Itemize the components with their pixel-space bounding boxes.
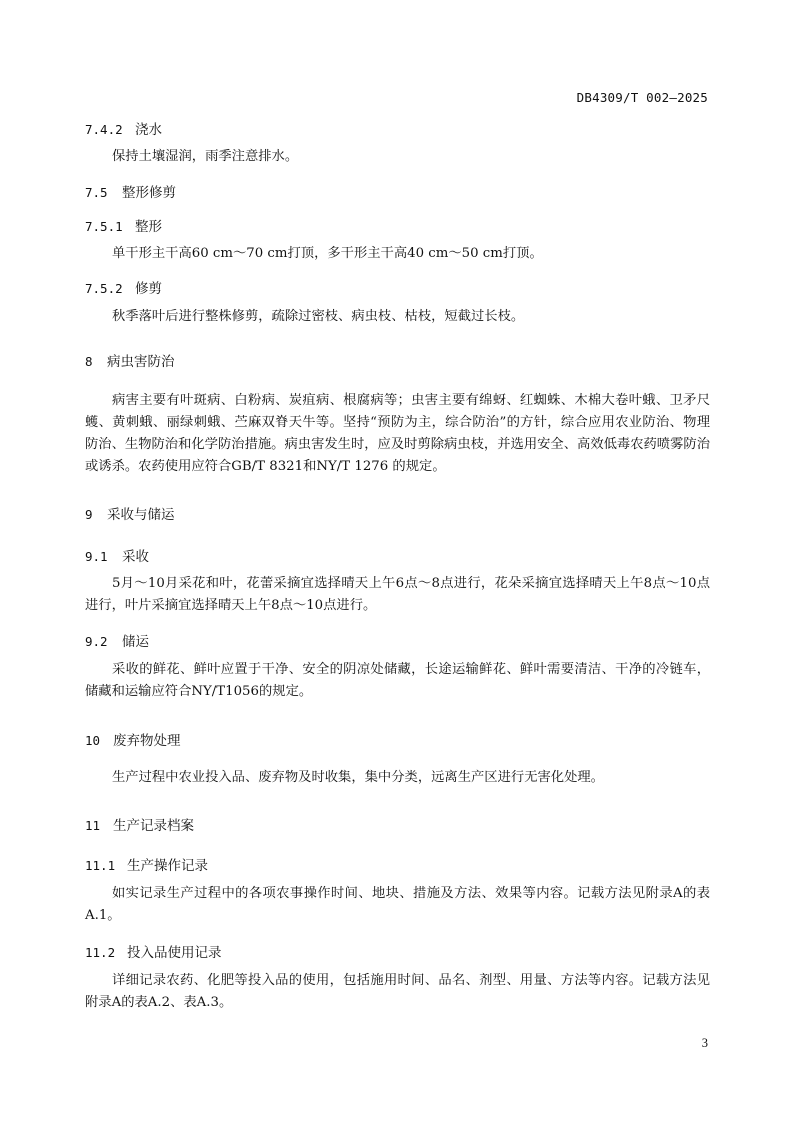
section-number: 7.5.1: [85, 219, 135, 234]
section-heading-7-5-1: 7.5.1整形: [85, 215, 162, 235]
section-title: 采收与储运: [107, 507, 175, 523]
section-heading-11-1: 11.1生产操作记录: [85, 854, 208, 874]
section-heading-9-2: 9.2储运: [85, 630, 149, 650]
paragraph-pest-control: 病害主要有叶斑病、白粉病、炭疽病、根腐病等；虫害主要有绵蚜、红蜘蛛、木棉大卷叶蛾…: [85, 390, 710, 478]
section-number: 9.1: [85, 549, 122, 564]
paragraph-pruning: 秋季落叶后进行整株修剪，疏除过密枝、病虫枝、枯枝，短截过长枝。: [85, 306, 710, 328]
paragraph-harvest: 5月～10月采花和叶，花蕾采摘宜选择晴天上午6点～8点进行，花朵采摘宜选择晴天上…: [85, 573, 710, 617]
section-title: 采收: [122, 549, 149, 565]
section-heading-7-5-2: 7.5.2修剪: [85, 277, 162, 297]
section-number: 11: [85, 818, 113, 833]
document-code: DB4309/T 002—2025: [577, 90, 708, 105]
section-number: 8: [85, 354, 107, 369]
section-title: 生产记录档案: [113, 818, 194, 834]
section-number: 9.2: [85, 634, 122, 649]
section-number: 7.5.2: [85, 281, 135, 296]
section-heading-9: 9采收与储运: [85, 503, 175, 523]
section-title: 整形修剪: [122, 185, 176, 201]
paragraph-storage: 采收的鲜花、鲜叶应置于干净、安全的阴凉处储藏，长途运输鲜花、鲜叶需要清洁、干净的…: [85, 659, 710, 703]
section-number: 9: [85, 507, 107, 522]
section-number: 7.4.2: [85, 122, 135, 137]
paragraph-shaping: 单干形主干高60 cm～70 cm打顶，多干形主干高40 cm～50 cm打顶。: [85, 243, 710, 265]
paragraph-input-records: 详细记录农药、化肥等投入品的使用，包括施用时间、品名、剂型、用量、方法等内容。记…: [85, 970, 710, 1014]
section-title: 废弃物处理: [113, 733, 181, 749]
paragraph-operation-records: 如实记录生产过程中的各项农事操作时间、地块、措施及方法、效果等内容。记载方法见附…: [85, 883, 710, 927]
section-title: 病虫害防治: [107, 354, 175, 370]
section-heading-7-4-2: 7.4.2浇水: [85, 118, 162, 138]
section-number: 11.1: [85, 858, 127, 873]
paragraph-watering: 保持土壤湿润，雨季注意排水。: [85, 146, 710, 168]
section-title: 生产操作记录: [127, 858, 208, 874]
section-heading-7-5: 7.5整形修剪: [85, 181, 176, 201]
paragraph-waste: 生产过程中农业投入品、废弃物及时收集，集中分类，远离生产区进行无害化处理。: [85, 767, 710, 789]
section-number: 10: [85, 733, 113, 748]
section-title: 储运: [122, 634, 149, 650]
section-title: 投入品使用记录: [127, 945, 222, 961]
section-title: 浇水: [135, 122, 162, 138]
section-title: 整形: [135, 219, 162, 235]
section-heading-11-2: 11.2投入品使用记录: [85, 941, 222, 961]
section-heading-8: 8病虫害防治: [85, 350, 175, 370]
section-heading-10: 10废弃物处理: [85, 729, 181, 749]
section-number: 7.5: [85, 185, 122, 200]
document-page: DB4309/T 002—2025 7.4.2浇水 保持土壤湿润，雨季注意排水。…: [0, 0, 794, 1122]
section-heading-9-1: 9.1采收: [85, 545, 149, 565]
page-number: 3: [702, 1036, 708, 1051]
section-title: 修剪: [135, 281, 162, 297]
section-number: 11.2: [85, 945, 127, 960]
section-heading-11: 11生产记录档案: [85, 814, 194, 834]
